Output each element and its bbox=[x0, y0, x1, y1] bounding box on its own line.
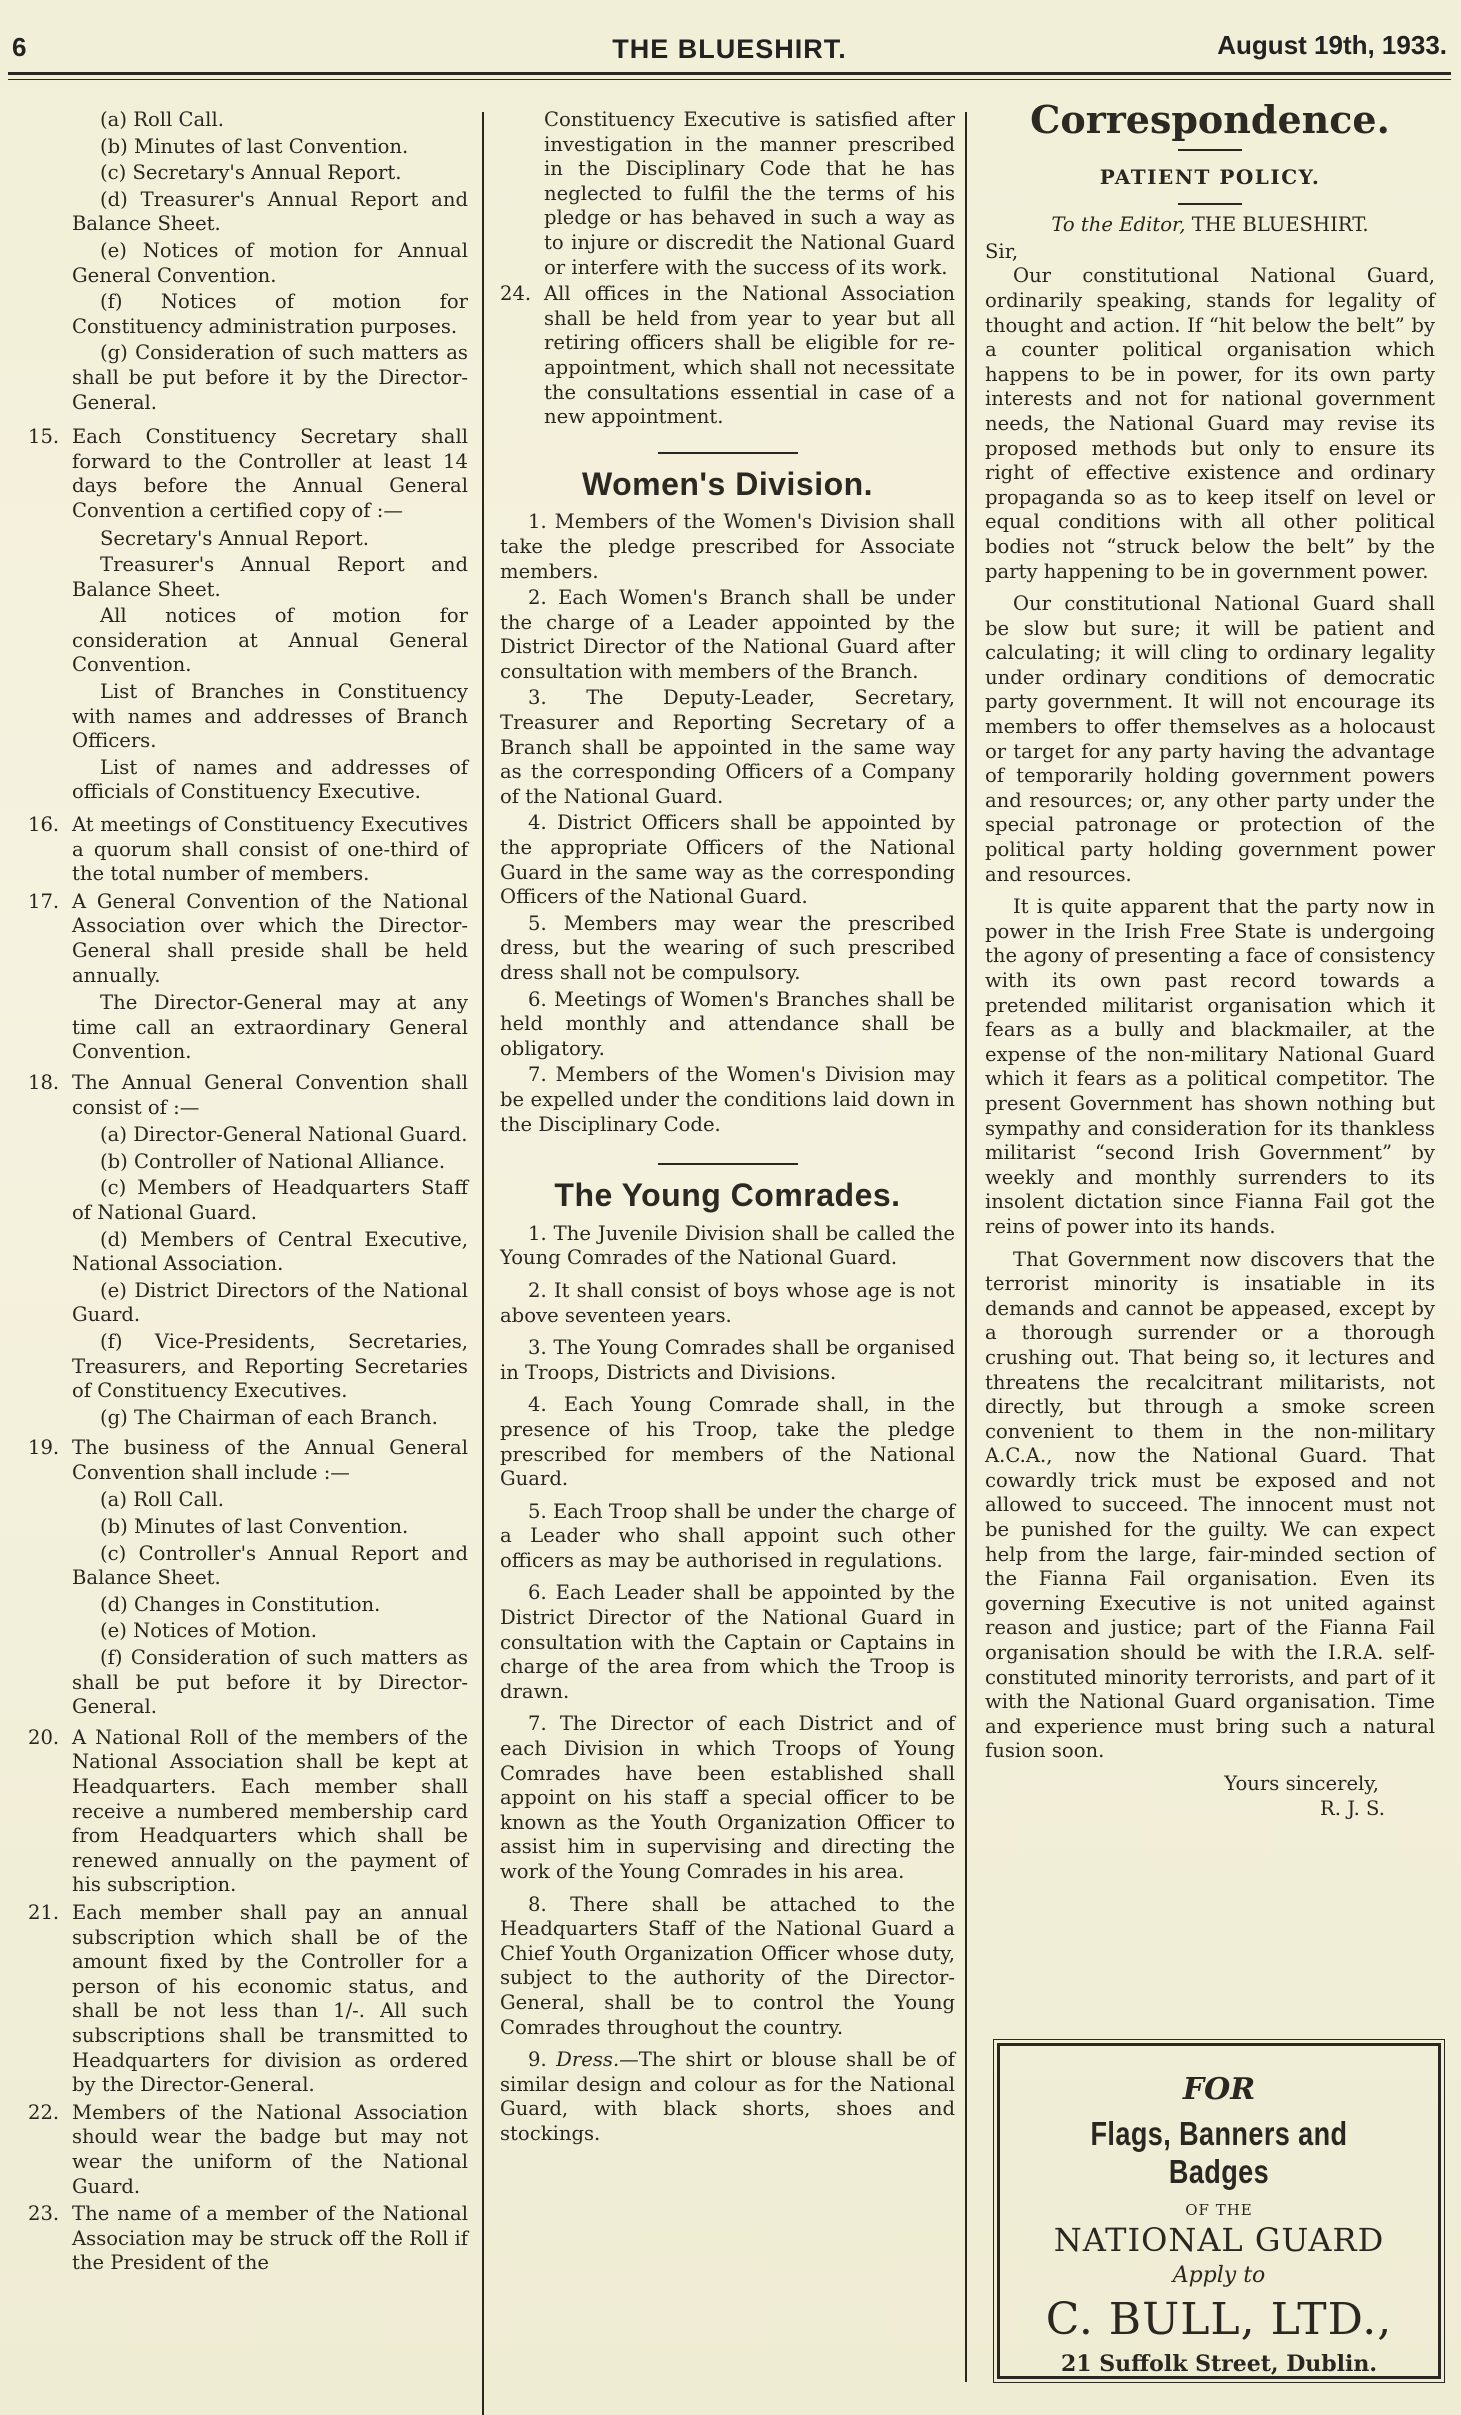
letter-paragraph: Our constitutional National Guard shall … bbox=[985, 592, 1435, 887]
rule-section-21: 21.Each member shall pay an annual subsc… bbox=[28, 1901, 468, 2098]
list-item: (c) Controller's Annual Report and Balan… bbox=[28, 1542, 468, 1591]
list-item: (a) Director-General National Guard. bbox=[28, 1123, 468, 1148]
list-item: (e) Notices of Motion. bbox=[28, 1619, 468, 1644]
list-item: All notices of motion for consideration … bbox=[28, 604, 468, 678]
rule-section-20: 20.A National Roll of the members of the… bbox=[28, 1726, 468, 1898]
list-item: (f) Vice-Presidents, Secretaries, Treasu… bbox=[28, 1330, 468, 1404]
paragraph: 8. There shall be attached to the Headqu… bbox=[500, 1893, 955, 2041]
column-divider bbox=[482, 112, 484, 2415]
ad-line: Apply to bbox=[1000, 2263, 1438, 2288]
advertisement-box: FOR Flags, Banners and Badges OF THE NAT… bbox=[997, 2043, 1441, 2379]
header-rule bbox=[8, 72, 1451, 80]
ad-company-name: C. BULL, LTD., bbox=[1000, 2294, 1438, 2345]
letter-paragraph: It is quite apparent that the party now … bbox=[985, 895, 1435, 1239]
dress-paragraph: 9. Dress.—The shirt or blouse shall be o… bbox=[500, 2048, 955, 2146]
paragraph: 2. Each Women's Branch shall be under th… bbox=[500, 586, 955, 684]
list-item: (e) Notices of motion for Annual General… bbox=[28, 239, 468, 288]
paragraph: 4. Each Young Comrade shall, in the pres… bbox=[500, 1393, 955, 1491]
ad-headline: Flags, Banners and Badges bbox=[1039, 2115, 1398, 2191]
list-item: (a) Roll Call. bbox=[28, 1488, 468, 1513]
rule-section-23: 23.The name of a member of the National … bbox=[28, 2202, 468, 2276]
list-item: (a) Roll Call. bbox=[28, 108, 468, 133]
paragraph: 3. The Young Comrades shall be organised… bbox=[500, 1336, 955, 1385]
list-item: (f) Notices of motion for Constituency a… bbox=[28, 290, 468, 339]
list-item: Treasurer's Annual Report and Balance Sh… bbox=[28, 553, 468, 602]
section-divider bbox=[658, 1163, 798, 1165]
rule-section-19: 19.The business of the Annual General Co… bbox=[28, 1436, 468, 1485]
newspaper-page: 6 THE BLUESHIRT. August 19th, 1933. (a) … bbox=[0, 0, 1461, 2415]
letter-greeting: Sir, bbox=[985, 240, 1435, 265]
paragraph: 7. The Director of each District and of … bbox=[500, 1712, 955, 1884]
correspondence-heading: Correspondence. bbox=[985, 108, 1435, 133]
column-divisions: Constituency Executive is satisfied afte… bbox=[500, 108, 955, 2155]
paragraph: 5. Members may wear the prescribed dress… bbox=[500, 912, 955, 986]
paragraph: 6. Each Leader shall be appointed by the… bbox=[500, 1581, 955, 1704]
letter-signature: R. J. S. bbox=[985, 1797, 1435, 1822]
ad-line: NATIONAL GUARD bbox=[1000, 2221, 1438, 2259]
list-item: Secretary's Annual Report. bbox=[28, 527, 468, 552]
continued-text: Constituency Executive is satisfied afte… bbox=[544, 108, 955, 280]
letter-signoff: Yours sincerely, bbox=[985, 1772, 1435, 1797]
letter-paragraph: Our constitutional National Guard, ordin… bbox=[985, 264, 1435, 584]
paragraph: 6. Meetings of Women's Branches shall be… bbox=[500, 988, 955, 1062]
ad-line: OF THE bbox=[1000, 2201, 1438, 2219]
rule-section-16: 16.At meetings of Constituency Executive… bbox=[28, 813, 468, 887]
paragraph: 1. The Juvenile Division shall be called… bbox=[500, 1222, 955, 1271]
paragraph: 4. District Officers shall be appointed … bbox=[500, 811, 955, 909]
paragraph: 5. Each Troop shall be under the charge … bbox=[500, 1500, 955, 1574]
list-item: (d) Treasurer's Annual Report and Balanc… bbox=[28, 188, 468, 237]
list-item: (e) District Directors of the National G… bbox=[28, 1279, 468, 1328]
page-header: 6 THE BLUESHIRT. August 19th, 1933. bbox=[12, 28, 1447, 78]
list-item: (d) Members of Central Executive, Nation… bbox=[28, 1228, 468, 1277]
section-divider bbox=[1178, 149, 1242, 151]
issue-date: August 19th, 1933. bbox=[1217, 30, 1447, 61]
column-correspondence: Correspondence. PATIENT POLICY. To the E… bbox=[985, 108, 1435, 1821]
rule-section-17: 17.A General Convention of the National … bbox=[28, 890, 468, 988]
ad-address: 21 Suffolk Street, Dublin. bbox=[1000, 2351, 1438, 2377]
list-item: (b) Controller of National Alliance. bbox=[28, 1150, 468, 1175]
list-item: List of Branches in Constituency with na… bbox=[28, 680, 468, 754]
paragraph: 1. Members of the Women's Division shall… bbox=[500, 510, 955, 584]
column-constitution-rules: (a) Roll Call. (b) Minutes of last Conve… bbox=[28, 108, 468, 2279]
rule-section-15: 15.Each Constituency Secretary shall for… bbox=[28, 425, 468, 523]
paragraph: 2. It shall consist of boys whose age is… bbox=[500, 1279, 955, 1328]
letter-paragraph: That Government now discovers that the t… bbox=[985, 1248, 1435, 1764]
young-comrades-heading: The Young Comrades. bbox=[500, 1183, 955, 1208]
letter-address: To the Editor, THE BLUESHIRT. bbox=[985, 213, 1435, 238]
paragraph: 7. Members of the Women's Division may b… bbox=[500, 1063, 955, 1137]
list-item: (c) Secretary's Annual Report. bbox=[28, 161, 468, 186]
list-item: List of names and addresses of officials… bbox=[28, 756, 468, 805]
list-item: (d) Changes in Constitution. bbox=[28, 1593, 468, 1618]
rule-section-22: 22.Members of the National Association s… bbox=[28, 2101, 468, 2199]
section-divider bbox=[1178, 203, 1242, 205]
list-item: (b) Minutes of last Convention. bbox=[28, 1515, 468, 1540]
list-item: (g) The Chairman of each Branch. bbox=[28, 1406, 468, 1431]
paragraph: 3. The Deputy-Leader, Secretary, Treasur… bbox=[500, 686, 955, 809]
section-divider bbox=[658, 452, 798, 454]
list-item: (f) Consideration of such matters as sha… bbox=[28, 1646, 468, 1720]
womens-division-heading: Women's Division. bbox=[500, 472, 955, 497]
rule-section-18: 18.The Annual General Convention shall c… bbox=[28, 1071, 468, 1120]
list-item: (c) Members of Headquarters Staff of Nat… bbox=[28, 1176, 468, 1225]
list-item: (g) Consideration of such matters as sha… bbox=[28, 341, 468, 415]
column-divider bbox=[965, 112, 967, 2382]
list-item: The Director-General may at any time cal… bbox=[28, 991, 468, 1065]
rule-section-24: 24.All offices in the National Associati… bbox=[500, 282, 955, 430]
ad-line: FOR bbox=[1000, 2072, 1438, 2107]
list-item: (b) Minutes of last Convention. bbox=[28, 135, 468, 160]
letter-title: PATIENT POLICY. bbox=[985, 165, 1435, 190]
